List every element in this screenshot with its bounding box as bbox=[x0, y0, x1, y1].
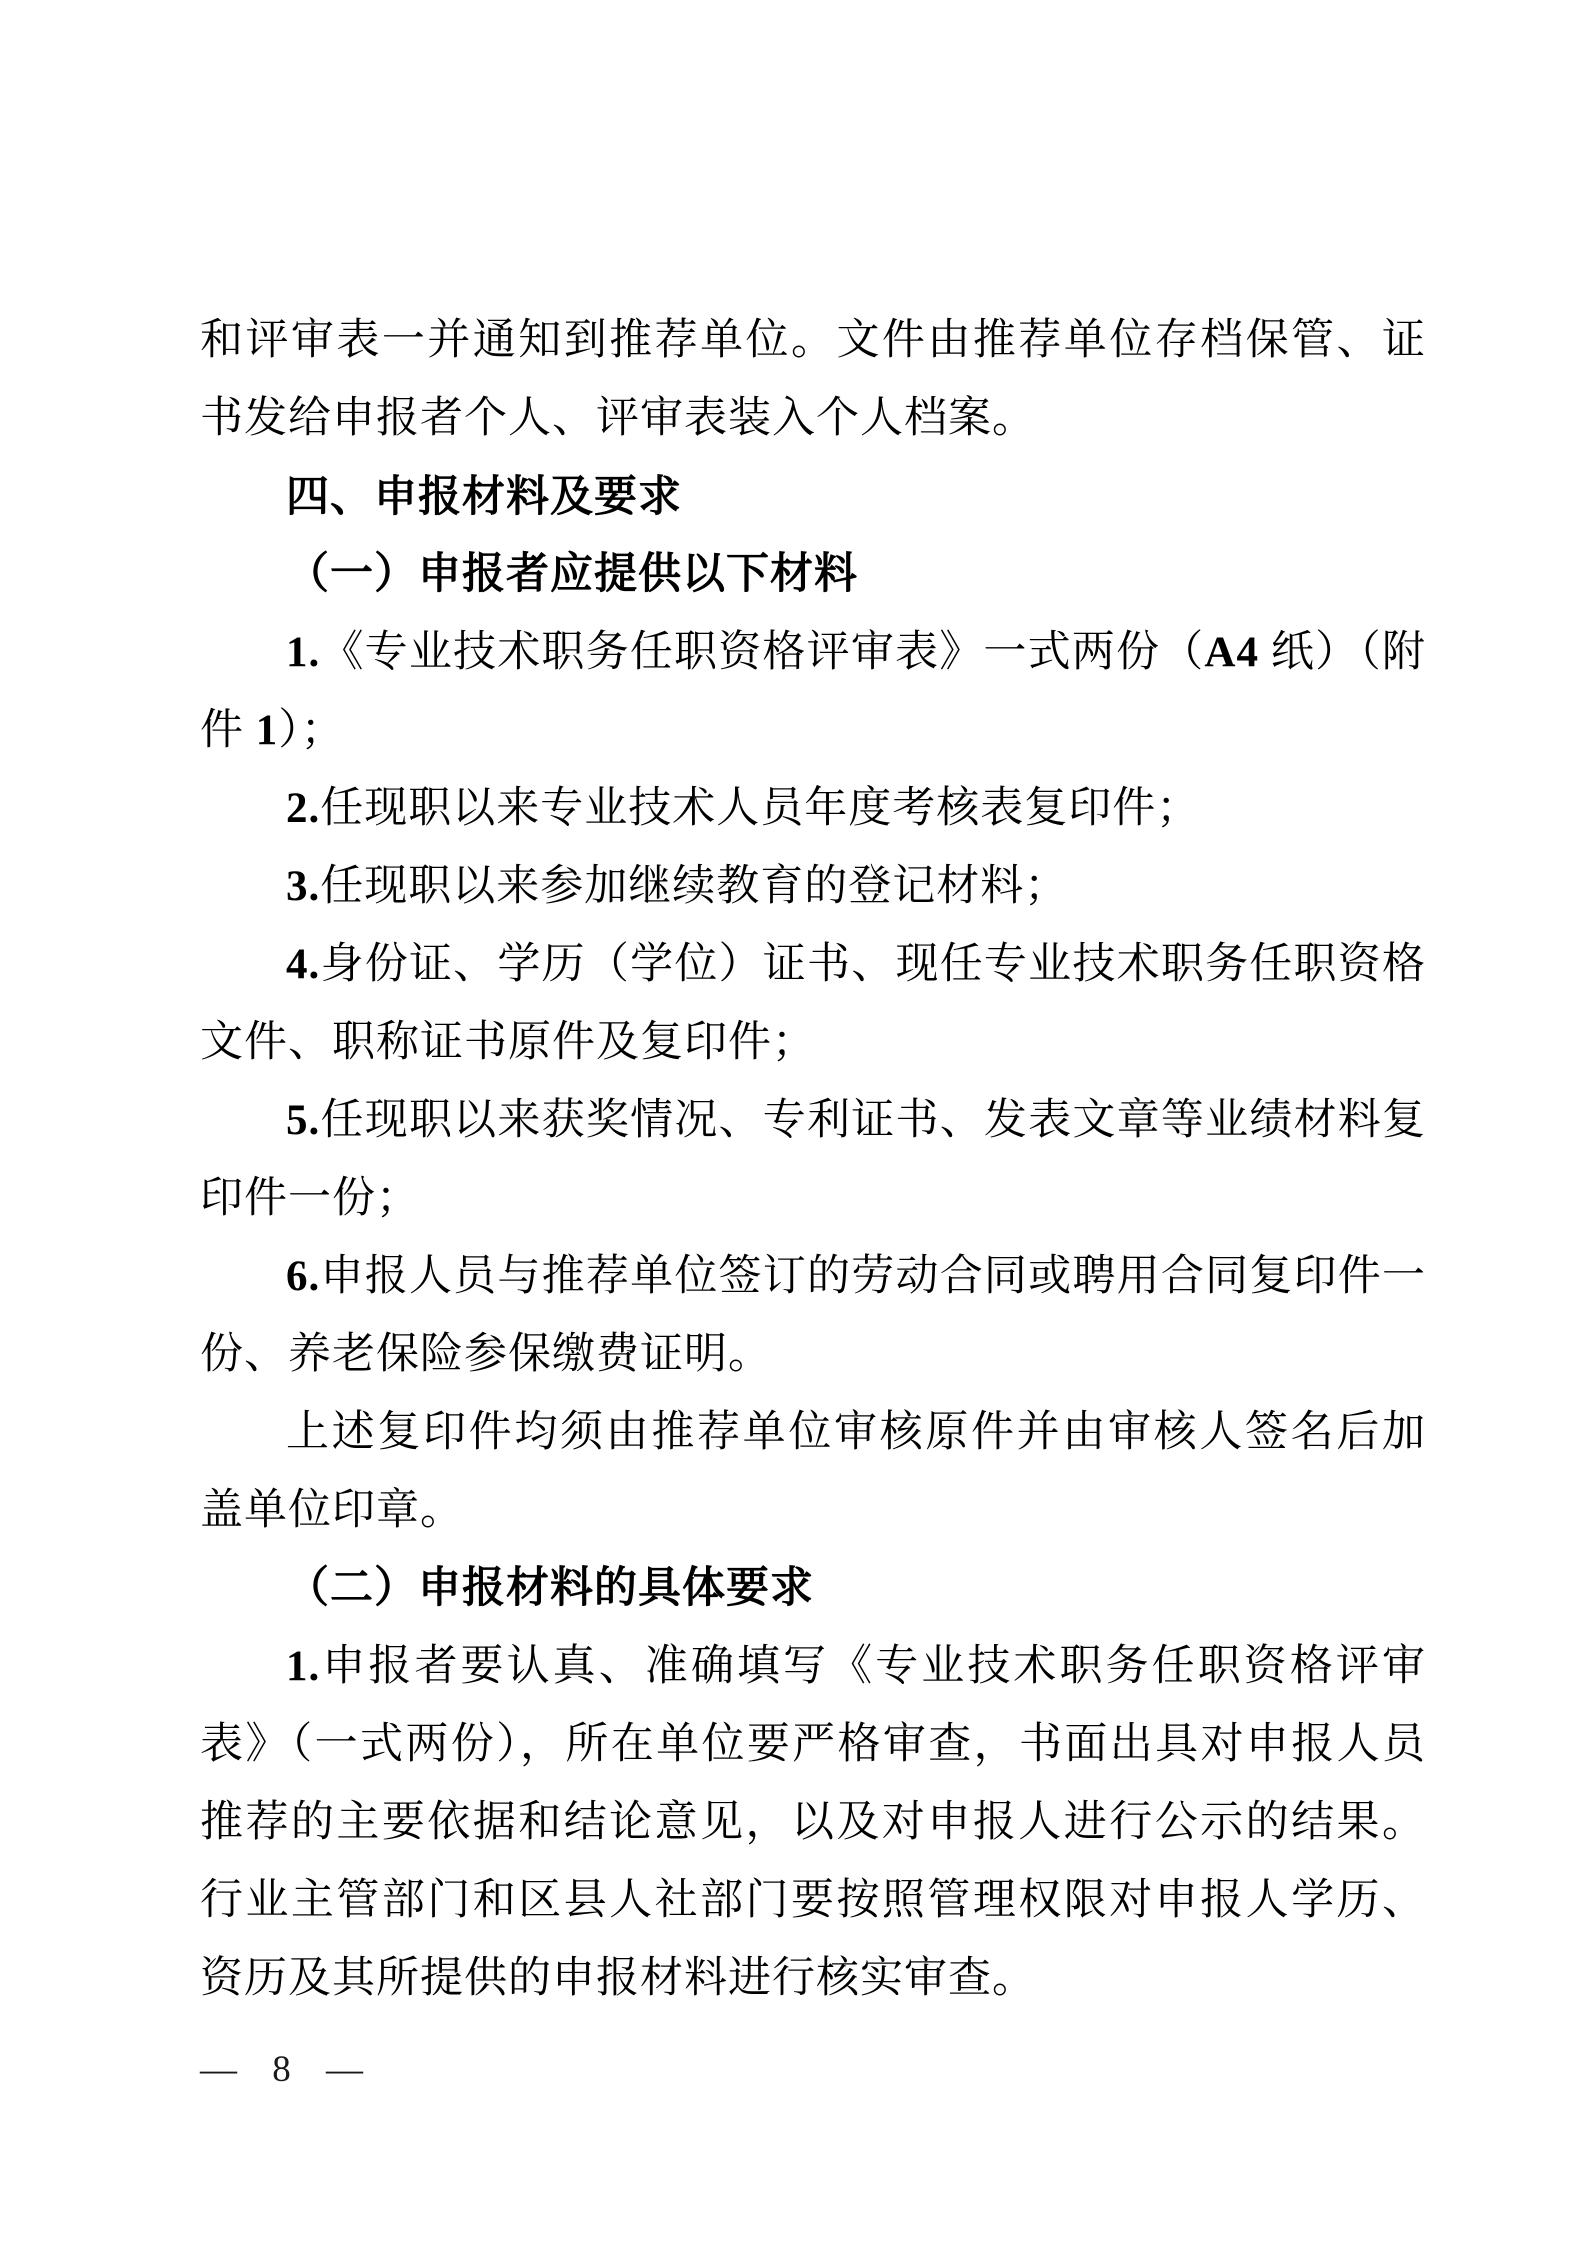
requirement-item-1: 1.申报者要认真、准确填写《专业技术职务任职资格评审表》（一式两份），所在单位要… bbox=[200, 1628, 1426, 2018]
subsection-2-heading: （二）申报材料的具体要求 bbox=[200, 1550, 1426, 1628]
paragraph-intro: 和评审表一并通知到推荐单位。文件由推荐单位存档保管、证书发给申报者个人、评审表装… bbox=[200, 302, 1426, 458]
paper-size-label: A4 bbox=[1204, 629, 1259, 676]
paragraph-note: 上述复印件均须由推荐单位审核原件并由审核人签名后加盖单位印章。 bbox=[200, 1394, 1426, 1550]
item-number: 4. bbox=[286, 941, 320, 988]
item-number: 1. bbox=[286, 1643, 320, 1690]
material-item-2: 2.任现职以来专业技术人员年度考核表复印件； bbox=[200, 770, 1426, 848]
item-text: 任现职以来获奖情况、专利证书、发表文章等业绩材料复印件一份； bbox=[200, 1097, 1426, 1222]
document-body: 和评审表一并通知到推荐单位。文件由推荐单位存档保管、证书发给申报者个人、评审表装… bbox=[200, 302, 1426, 2018]
page-number: — 8 — bbox=[200, 2040, 366, 2100]
item-text: 申报人员与推荐单位签订的劳动合同或聘用合同复印件一份、养老保险参保缴费证明。 bbox=[200, 1253, 1426, 1378]
item-number: 2. bbox=[286, 785, 320, 832]
attachment-number: 1 bbox=[256, 707, 279, 754]
item-text: 任现职以来参加继续教育的登记材料； bbox=[320, 863, 1068, 910]
material-item-4: 4.身份证、学历（学位）证书、现任专业技术职务任职资格文件、职称证书原件及复印件… bbox=[200, 926, 1426, 1082]
section-heading: 四、申报材料及要求 bbox=[200, 458, 1426, 536]
item-number: 5. bbox=[286, 1097, 320, 1144]
material-item-5: 5.任现职以来获奖情况、专利证书、发表文章等业绩材料复印件一份； bbox=[200, 1082, 1426, 1238]
material-item-3: 3.任现职以来参加继续教育的登记材料； bbox=[200, 848, 1426, 926]
item-text: 身份证、学历（学位）证书、现任专业技术职务任职资格文件、职称证书原件及复印件； bbox=[200, 941, 1426, 1066]
item-number: 6. bbox=[286, 1253, 320, 1300]
item-text: 申报者要认真、准确填写《专业技术职务任职资格评审表》（一式两份），所在单位要严格… bbox=[200, 1643, 1426, 2002]
subsection-1-heading: （一）申报者应提供以下材料 bbox=[200, 536, 1426, 614]
item-text: 《专业技术职务任职资格评审表》一式两份（ bbox=[320, 629, 1204, 676]
item-number: 1. bbox=[286, 629, 320, 676]
item-text: ）； bbox=[278, 707, 345, 754]
material-item-6: 6.申报人员与推荐单位签订的劳动合同或聘用合同复印件一份、养老保险参保缴费证明。 bbox=[200, 1238, 1426, 1394]
item-text: 任现职以来专业技术人员年度考核表复印件； bbox=[320, 785, 1200, 832]
material-item-1: 1.《专业技术职务任职资格评审表》一式两份（A4 纸）（附件 1）； bbox=[200, 614, 1426, 770]
document-page: 和评审表一并通知到推荐单位。文件由推荐单位存档保管、证书发给申报者个人、评审表装… bbox=[0, 0, 1587, 2245]
item-number: 3. bbox=[286, 863, 320, 910]
